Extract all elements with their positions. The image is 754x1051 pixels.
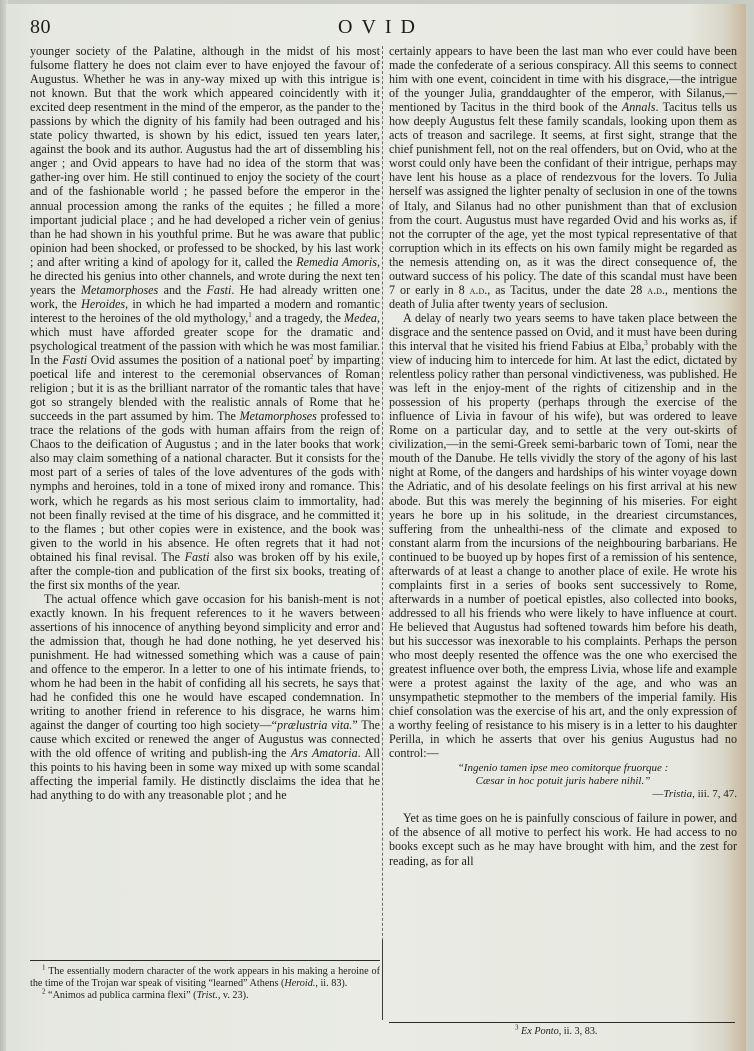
work-title: Fasti — [62, 353, 87, 367]
footnote: 3 Ex Ponto, ii. 3, 83. — [515, 1026, 597, 1037]
page-header: 80 OVID — [30, 16, 730, 42]
footnote: 2 “Animos ad publica carmina flexi” (Tri… — [30, 990, 380, 1002]
footnote-rule — [30, 960, 380, 961]
running-head-title: OVID — [338, 16, 424, 39]
work-title: Heroides — [81, 297, 125, 311]
footnote-rule — [389, 1022, 735, 1023]
quote-line: “Ingenio tamen ipse meo comitorque fruor… — [389, 762, 737, 775]
era-abbrev: a.d. — [647, 283, 665, 297]
column-divider — [382, 46, 383, 1006]
paragraph: Yet as time goes on he is painfully cons… — [389, 811, 737, 867]
era-abbrev: a.d. — [470, 283, 488, 297]
paragraph: The actual offence which gave occasion f… — [30, 592, 380, 803]
work-title: Fasti — [207, 283, 232, 297]
work-title: Ars Amatoria — [291, 746, 358, 760]
block-quote: “Ingenio tamen ipse meo comitorque fruor… — [389, 762, 737, 788]
quote-attribution: —Tristia, iii. 7, 47. — [389, 788, 737, 801]
paragraph: A delay of nearly two years seems to hav… — [389, 311, 737, 761]
work-title: Remedia Amoris — [296, 255, 377, 269]
paragraph: younger society of the Palatine, althoug… — [30, 44, 380, 592]
work-title: Medea — [344, 311, 377, 325]
page-number: 80 — [30, 16, 51, 39]
footnote: 1 The essentially modern character of th… — [30, 966, 380, 990]
footnotes: 1 The essentially modern character of th… — [30, 966, 380, 1003]
work-title: Annals — [622, 100, 656, 114]
work-title: Fasti — [185, 550, 210, 564]
work-title: Metamorphoses — [240, 409, 317, 423]
quote-line: Cæsar in hoc potuit juris habere nihil.” — [389, 775, 737, 788]
right-column: certainly appears to have been the last … — [389, 44, 737, 868]
latin-phrase: prælustria vita. — [277, 718, 352, 732]
left-column: younger society of the Palatine, althoug… — [30, 44, 380, 803]
column-divider-lower — [382, 940, 383, 1020]
paragraph: certainly appears to have been the last … — [389, 44, 737, 311]
work-title: Metamorphoses — [81, 283, 158, 297]
